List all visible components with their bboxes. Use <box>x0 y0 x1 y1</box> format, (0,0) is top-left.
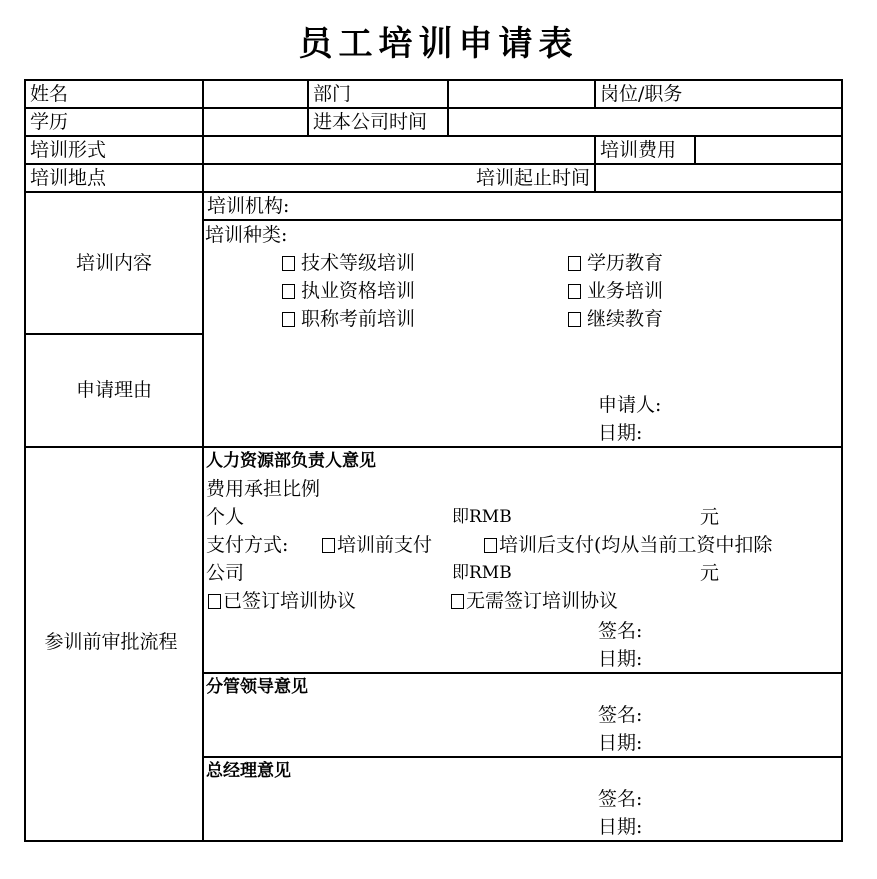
education-input-cell[interactable] <box>202 107 309 137</box>
gm-opinion-cell[interactable] <box>202 756 843 842</box>
pay-before-option[interactable]: 培训前支付 <box>322 532 432 559</box>
personal-yuan-label: 元 <box>700 504 719 531</box>
checkbox-icon[interactable] <box>282 284 295 299</box>
position-label: 岗位/职务 <box>600 83 682 105</box>
checkbox-icon[interactable] <box>451 594 464 609</box>
applicant-label: 申请人: <box>598 392 661 419</box>
dept-label-cell: 部门 <box>307 79 449 109</box>
option-degree-edu[interactable]: 学历教育 <box>568 250 663 277</box>
gm-heading: 总经理意见 <box>206 758 291 785</box>
join-date-label-cell: 进本公司时间 <box>307 107 449 137</box>
training-location-input-cell[interactable]: 培训起止时间 <box>202 163 596 193</box>
company-yuan-label: 元 <box>700 560 719 587</box>
leader-sign-label: 签名: <box>598 702 642 729</box>
hr-sign-label: 签名: <box>598 618 642 645</box>
dept-input-cell[interactable] <box>447 79 596 109</box>
training-period-input-cell[interactable] <box>594 163 843 193</box>
no-agreement-option[interactable]: 无需签订培训协议 <box>451 588 618 615</box>
option-business[interactable]: 业务培训 <box>568 278 663 305</box>
training-fee-label: 培训费用 <box>600 139 676 161</box>
gm-date-label: 日期: <box>598 814 642 841</box>
cost-ratio-label: 费用承担比例 <box>206 476 320 503</box>
approval-label: 参训前审批流程 <box>44 629 177 656</box>
checkbox-icon[interactable] <box>282 312 295 327</box>
leader-date-label: 日期: <box>598 730 642 757</box>
name-label-cell: 姓名 <box>24 79 204 109</box>
reason-date-label: 日期: <box>598 420 642 447</box>
training-form-label-cell: 培训形式 <box>24 135 204 165</box>
training-fee-label-cell: 培训费用 <box>594 135 696 165</box>
training-form-label: 培训形式 <box>30 139 106 161</box>
institution-label: 培训机构: <box>207 195 289 217</box>
payment-label: 支付方式: <box>206 532 288 559</box>
checkbox-icon[interactable] <box>568 256 581 271</box>
checkbox-icon[interactable] <box>484 538 497 553</box>
personal-label: 个人 <box>206 504 244 531</box>
join-date-label: 进本公司时间 <box>313 111 427 133</box>
hr-date-label: 日期: <box>598 646 642 673</box>
hr-heading: 人力资源部负责人意见 <box>206 448 376 475</box>
checkbox-icon[interactable] <box>322 538 335 553</box>
option-continuing-edu[interactable]: 继续教育 <box>568 306 663 333</box>
name-input-cell[interactable] <box>202 79 309 109</box>
institution-cell[interactable]: 培训机构: <box>202 191 843 221</box>
approval-label-cell: 参训前审批流程 <box>24 446 204 842</box>
name-label: 姓名 <box>30 83 68 105</box>
checkbox-icon[interactable] <box>568 312 581 327</box>
company-rmb-label: 即RMB <box>452 560 512 587</box>
reason-label-cell: 申请理由 <box>24 333 204 448</box>
join-date-input-cell[interactable] <box>447 107 843 137</box>
company-label: 公司 <box>206 560 244 587</box>
signed-agreement-option[interactable]: 已签订培训协议 <box>208 588 356 615</box>
training-type-label: 培训种类: <box>205 222 287 249</box>
option-tech-level[interactable]: 技术等级培训 <box>282 250 415 277</box>
checkbox-icon[interactable] <box>282 256 295 271</box>
checkbox-icon[interactable] <box>568 284 581 299</box>
gm-sign-label: 签名: <box>598 786 642 813</box>
training-form-input-cell[interactable] <box>202 135 596 165</box>
dept-label: 部门 <box>313 83 351 105</box>
training-fee-input-cell[interactable] <box>694 135 843 165</box>
pay-after-option[interactable]: 培训后支付(均从当前工资中扣除 <box>484 532 772 559</box>
training-content-label: 培训内容 <box>76 250 152 277</box>
position-label-cell: 岗位/职务 <box>594 79 843 109</box>
personal-rmb-label: 即RMB <box>452 504 512 531</box>
training-content-label-cell: 培训内容 <box>24 191 204 335</box>
option-practice-qual[interactable]: 执业资格培训 <box>282 278 415 305</box>
education-label: 学历 <box>30 111 68 133</box>
education-label-cell: 学历 <box>24 107 204 137</box>
training-location-label-cell: 培训地点 <box>24 163 204 193</box>
checkbox-icon[interactable] <box>208 594 221 609</box>
reason-label: 申请理由 <box>76 377 152 404</box>
training-location-label: 培训地点 <box>30 167 106 189</box>
page-title: 员工培训申请表 <box>0 16 877 65</box>
option-title-exam[interactable]: 职称考前培训 <box>282 306 415 333</box>
leader-heading: 分管领导意见 <box>206 674 308 701</box>
training-period-label: 培训起止时间 <box>476 167 590 189</box>
